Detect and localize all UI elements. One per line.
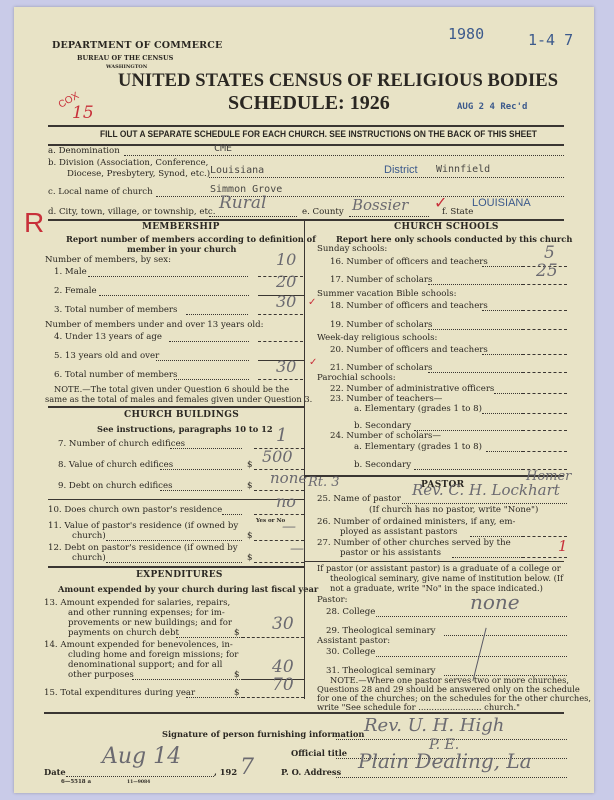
q15-label: 15. Total expenditures during year [44,688,195,699]
q13-label-4: payments on church debt [68,628,179,639]
q17-label: 17. Number of scholars [330,275,432,286]
q2-value[interactable]: 20 [276,272,296,291]
schools-title: CHURCH SCHOOLS [394,222,499,232]
date-value[interactable]: Aug 14 [102,744,181,769]
column-divider [304,219,305,699]
q28-dots [376,616,567,617]
official-title-label: Official title [291,748,347,758]
stamp-1980: 1980 [448,25,484,43]
q30-label: 30. College [326,647,375,658]
city-value[interactable]: Rural [219,193,266,213]
q24a-label: a. Elementary (grades 1 to 8) [354,442,482,453]
po-address-label: P. O. Address [281,767,341,777]
census-schedule-form: DEPARTMENT OF COMMERCE BUREAU OF THE CEN… [14,7,594,793]
parochial-schools-label: Parochial schools: [317,373,396,384]
q1-dots [88,276,248,277]
q10-line [254,514,304,515]
department-heading: DEPARTMENT OF COMMERCE [52,40,222,51]
buildings-rule [48,566,304,568]
footer-rule [44,712,564,714]
q25-note: (If church has no pastor, write "None") [369,505,538,516]
q27-dots [452,557,522,558]
po-address-value[interactable]: Plain Dealing, La [358,749,532,773]
q18-dots [482,310,522,311]
q12-value[interactable]: — [290,541,304,557]
q11-label-2: church) [72,531,106,542]
q17-value[interactable]: 25 [536,261,558,281]
denomination-value[interactable]: CME [214,143,232,154]
buildings-divider [48,499,304,500]
q19-line [522,329,567,330]
route-annotation: Rt. 3 [308,475,340,490]
po-address-line [336,777,567,778]
buildings-subtitle: See instructions, paragraphs 10 to 12 [97,424,273,434]
membership-note-2: same as the total of males and females g… [45,394,312,405]
q4-label: 4. Under 13 years of age [54,332,162,343]
checkmark-icon: ✓ [308,297,316,308]
q18-label: 18. Number of officers and teachers [330,301,488,312]
q20-dots [482,354,522,355]
q28-value[interactable]: none [470,590,520,614]
header-rule-top [48,125,564,127]
county-value[interactable]: Bossier [352,196,408,214]
city-heading: WASHINGTON [106,64,147,70]
checkmark-icon: ✓ [309,357,317,368]
year-prefix: , 192 [214,767,237,777]
denomination-label: a. Denomination [48,146,120,157]
q26-label-2: ployed as assistant pastors [340,527,457,538]
schools-rule [304,475,564,477]
q21-line [522,372,567,373]
schools-subtitle: Report here only schools conducted by th… [336,234,572,244]
q24b-dots [414,469,522,470]
schedule-title: SCHEDULE: 1926 [228,92,390,115]
q14-value[interactable]: 40 [272,657,294,677]
assistant-pastor-label: Assistant pastor: [317,636,390,647]
q23b-line [522,430,567,431]
membership-rule [48,406,304,408]
q23a-line [522,413,567,414]
q3-line [258,314,303,315]
form-number: 6—5518 a [61,779,91,785]
expenditures-subtitle: Amount expended by your church during la… [58,584,318,594]
q17-line [522,284,567,285]
membership-subtitle-2: member in your church [127,244,236,254]
q4-line [258,341,303,342]
graduate-note-1: If pastor (or assistant pastor) is a gra… [317,563,561,574]
q2-dots [99,295,249,296]
q4-dots [169,341,249,342]
division-line [209,177,564,178]
q15-value[interactable]: 70 [272,675,294,695]
q24a-line [522,451,567,452]
pastor-note-4: write "See schedule for ................… [317,702,520,713]
q3-label: 3. Total number of members [54,305,177,316]
q14-label-4: other purposes [68,670,134,681]
division-value[interactable]: Louisiana [210,165,264,176]
q21-dots [428,372,522,373]
q2-label: 2. Female [54,286,97,297]
expenditures-title: EXPENDITURES [136,570,223,580]
q8-dots [160,469,242,470]
q3-dots [186,314,248,315]
q24a-dots [486,451,522,452]
q16-dots [482,266,522,267]
q6-dots [174,379,249,380]
district-label: District [384,164,418,176]
q7-dots [170,448,242,449]
q28-label: 28. College [326,607,375,618]
header-rule-bottom [48,144,564,146]
year-suffix[interactable]: 7 [240,755,254,780]
state-label: f. State [442,207,473,218]
q6-line [258,379,303,380]
q15-dollar: $ [234,688,239,699]
yes-no-hint: Yes or No [256,518,285,524]
form-title: UNITED STATES CENSUS OF RELIGIOUS BODIES [118,71,558,92]
q11-value[interactable]: — [282,519,296,535]
q30-dots [376,656,567,657]
q9-value[interactable]: none [270,469,307,487]
q27-line [522,557,567,558]
buildings-title: CHURCH BUILDINGS [124,410,239,420]
q9-line [254,490,304,491]
q3-value[interactable]: 30 [276,292,296,311]
cox-number-annotation: 15 [72,103,94,123]
q13-value[interactable]: 30 [272,614,294,634]
city-label: d. City, town, village, or township, etc… [48,207,215,218]
q20-label: 20. Number of officers and teachers [330,345,488,356]
q29-dots [444,635,567,636]
q13-line [242,637,304,638]
denomination-line [124,155,564,156]
q22-line [522,393,567,394]
state-value[interactable]: LOUISIANA [472,197,531,209]
q23a-dots [482,413,522,414]
pastor-divider [304,561,564,562]
q1-value[interactable]: 10 [276,250,296,269]
bureau-heading: BUREAU OF THE CENSUS [77,54,173,62]
q20-line [522,354,567,355]
county-line [349,216,429,217]
q11-dots [106,540,242,541]
membership-note-1: NOTE.—The total given under Question 6 s… [54,384,289,395]
q7-value[interactable]: 1 [276,425,287,446]
by-age-label: Number of members under and over 13 year… [45,320,264,331]
weekday-schools-label: Week-day religious schools: [317,333,437,344]
sunday-schools-label: Sunday schools: [317,244,387,255]
q16-label: 16. Number of officers and teachers [330,257,488,268]
q1-label: 1. Male [54,267,87,278]
q13-dollar: $ [234,628,239,639]
q24b-label: b. Secondary [354,460,411,471]
q12-dots [106,562,242,563]
q25-dots [402,503,567,504]
q5-dots [156,360,249,361]
local-name-label: c. Local name of church [48,187,153,198]
stamp-147: 1-4 7 [528,31,573,49]
q14-dots [132,679,242,680]
q9-dots [160,490,242,491]
q10-label: 10. Does church own pastor's residence [48,505,222,516]
city-line [209,216,297,217]
county-label: e. County [302,207,344,218]
signature-label: Signature of person furnishing informati… [162,729,364,739]
date-label: Date [44,767,66,777]
received-stamp: AUG 2 4 Rec'd [457,102,527,112]
q25-label: 25. Name of pastor [317,494,401,505]
q6-label: 6. Total number of members [54,370,177,381]
q8-label: 8. Value of church edifices [58,460,173,471]
q12-dollar: $ [247,553,252,564]
q16-value[interactable]: 5 [544,243,555,263]
q15-line [242,697,304,698]
print-number: 11—9084 [127,780,150,785]
q5-label: 5. 13 years old and over [54,351,159,362]
q6-value[interactable]: 30 [276,357,296,376]
q19-dots [428,329,522,330]
q12-label-2: church) [72,553,106,564]
district-value[interactable]: Winnfield [436,164,490,175]
by-sex-label: Number of members, by sex: [45,255,171,266]
q17-dots [428,284,522,285]
q27-label-2: pastor or his assistants [340,548,441,559]
q8-dollar: $ [247,460,252,471]
q19-label: 19. Number of scholars [330,320,432,331]
division-label-1: b. Division (Association, Conference, [48,158,208,169]
membership-title: MEMBERSHIP [142,222,220,232]
summer-schools-label: Summer vacation Bible schools: [317,289,457,300]
q22-dots [494,393,522,394]
instructions-banner: FILL OUT A SEPARATE SCHEDULE FOR EACH CH… [100,129,537,140]
q24-label: 24. Number of scholars— [330,431,441,442]
division-label-2: Diocese, Presbytery, Synod, etc.) [67,169,210,180]
q10-dots [222,514,242,515]
q18-line [522,310,567,311]
q14-dollar: $ [234,670,239,681]
signature-value[interactable]: Rev. U. H. High [364,715,504,736]
graduate-note-2: theological seminary, give name of insti… [330,573,563,584]
r-annotation: R [24,207,44,239]
q25-value[interactable]: Rev. C. H. Lockhart [412,481,560,499]
q9-label: 9. Debt on church edifices [58,481,172,492]
section-rule [48,219,564,221]
q13-dots [176,637,242,638]
q8-value[interactable]: 500 [262,447,293,466]
date-line [66,776,214,777]
membership-subtitle-1: Report number of members according to de… [66,234,316,244]
q12-line [254,562,304,563]
q10-value[interactable]: no [276,492,296,511]
q11-dollar: $ [247,531,252,542]
q27-value[interactable]: 1 [558,537,568,555]
pastor-label: Pastor: [317,595,348,606]
q9-dollar: $ [247,481,252,492]
q26-dots [470,536,522,537]
q7-label: 7. Number of church edifices [58,439,185,450]
q23a-label: a. Elementary (grades 1 to 8) [354,404,482,415]
